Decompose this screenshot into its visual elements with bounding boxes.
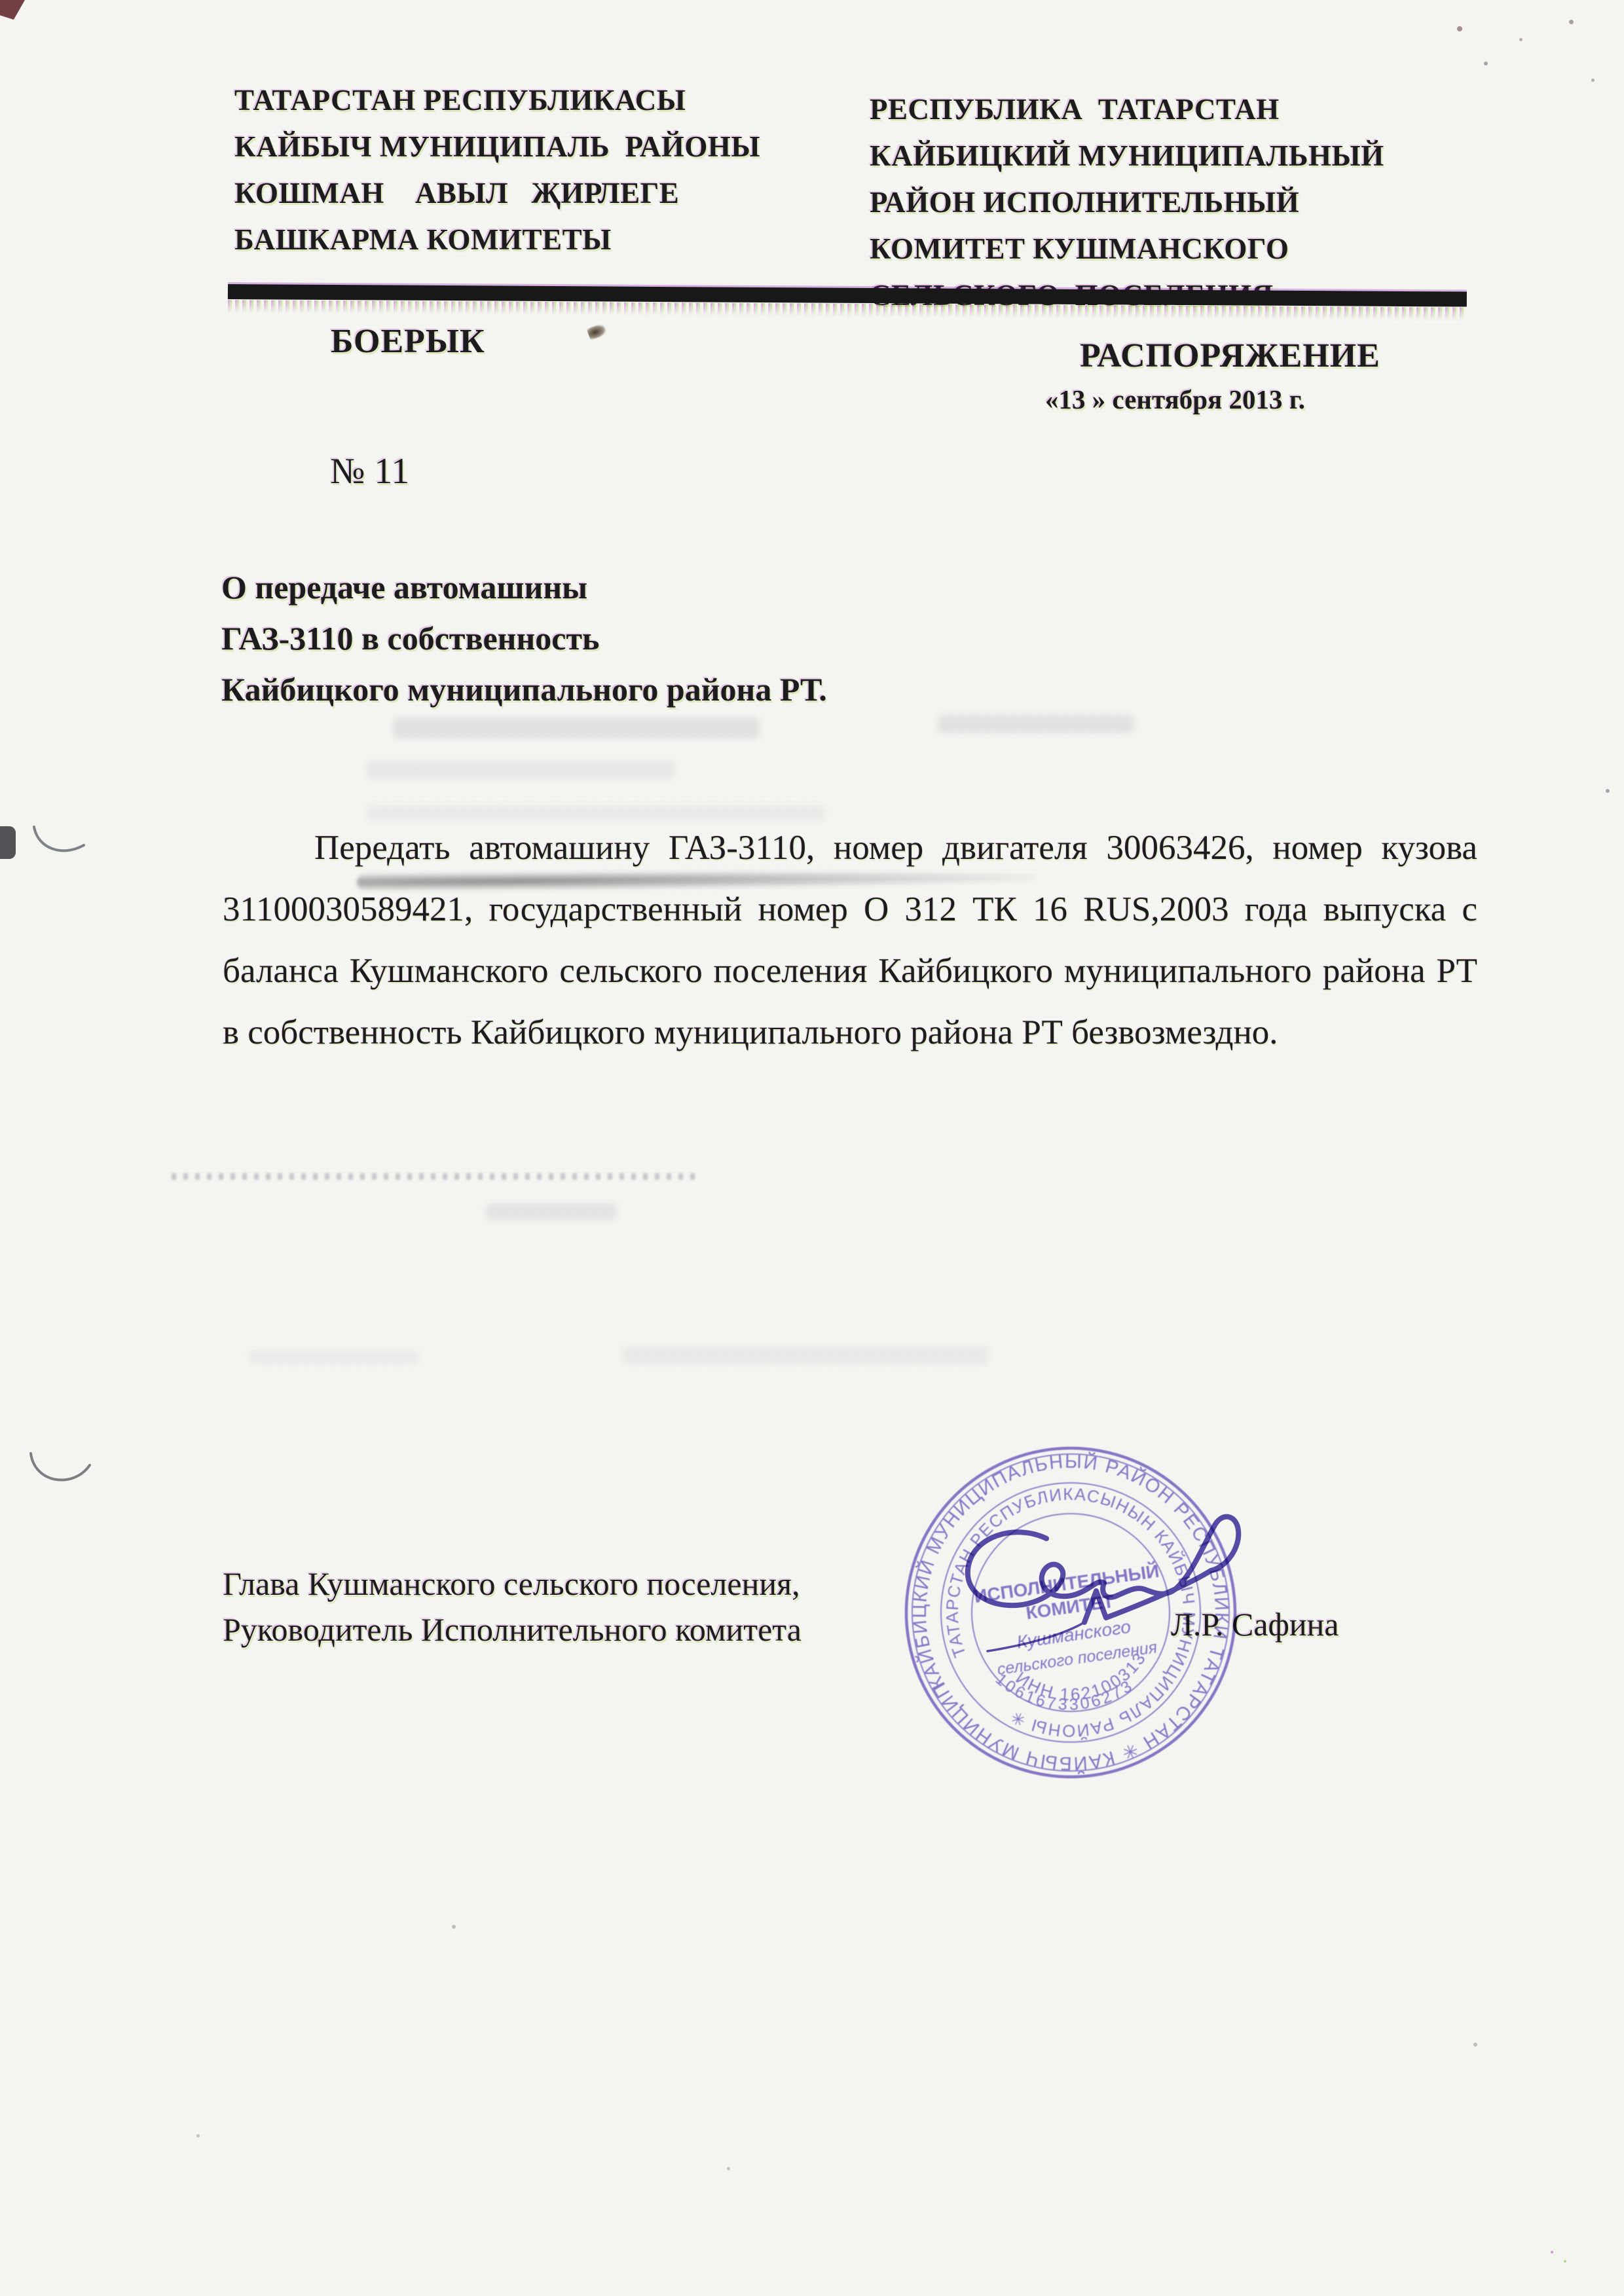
letterhead-russian: РЕСПУБЛИКА ТАТАРСТАН КАЙБИЦКИЙ МУНИЦИПАЛ… — [870, 86, 1384, 319]
scan-speck — [1591, 79, 1595, 82]
signatory-title-line2: Руководитель Исполнительного комитета — [223, 1611, 802, 1649]
signatory-title-line1: Глава Кушманского сельского поселения, — [223, 1565, 800, 1603]
letterhead-tatar-line: БАШКАРМА КОМИТЕТЫ — [234, 217, 760, 263]
scan-speck — [727, 2167, 730, 2170]
bleedthrough-mark — [249, 1350, 419, 1364]
letterhead-russian-line: КОМИТЕТ КУШМАНСКОГО — [870, 226, 1384, 272]
bleedthrough-mark — [367, 805, 825, 821]
bleedthrough-mark — [486, 1203, 617, 1220]
letterhead-tatar-line: КАЙБЫЧ МУНИЦИПАЛЬ РАЙОНЫ — [234, 124, 760, 170]
scan-speck — [1519, 38, 1522, 41]
subject-line: Кайбицкого муниципального района РТ. — [221, 664, 827, 715]
corner-dirt-mark — [0, 0, 25, 20]
letterhead-tatar: ТАТАРСТАН РЕСПУБЛИКАСЫ КАЙБЫЧ МУНИЦИПАЛЬ… — [234, 77, 760, 263]
margin-pen-arc — [28, 1446, 100, 1498]
doc-body-paragraph: Передать автомашину ГАЗ-3110, номер двиг… — [223, 817, 1477, 1063]
bleedthrough-mark — [393, 718, 760, 738]
bleedthrough-dotted-line — [172, 1173, 702, 1180]
scan-speck — [452, 1925, 456, 1929]
signature-tail-stroke — [987, 1622, 1084, 1651]
scan-speck — [1457, 26, 1462, 31]
handwritten-signature — [922, 1465, 1263, 1681]
signature-main-stroke — [968, 1517, 1238, 1622]
bleedthrough-mark — [938, 715, 1134, 733]
bleedthrough-mark — [367, 761, 674, 779]
doc-type-tatar: БОЕРЫК — [331, 322, 485, 361]
letterhead-tatar-line: ТАТАРСТАН РЕСПУБЛИКАСЫ — [234, 77, 760, 124]
scan-speck — [1606, 789, 1610, 793]
letterhead-russian-line: РАЙОН ИСПОЛНИТЕЛЬНЫЙ — [870, 179, 1384, 226]
doc-type-russian: РАСПОРЯЖЕНИЕ — [1080, 337, 1380, 375]
scan-speck — [1569, 20, 1574, 24]
subject-line: О передаче автомашины — [221, 562, 827, 613]
letterhead-tatar-line: КОШМАН АВЫЛ ҖИРЛЕГЕ — [234, 170, 760, 217]
doc-number: № 11 — [330, 450, 409, 492]
margin-pen-arc — [31, 822, 97, 867]
scan-speck — [1473, 2043, 1477, 2047]
scan-speck — [1564, 2260, 1566, 2263]
subject-line: ГАЗ-3110 в собственность — [221, 613, 827, 664]
scan-speck — [196, 2134, 200, 2138]
doc-subject: О передаче автомашины ГАЗ-3110 в собстве… — [221, 562, 827, 715]
letterhead-russian-line: РЕСПУБЛИКА ТАТАРСТАН — [870, 86, 1384, 133]
edge-dirt-mark — [0, 826, 16, 859]
ink-speck — [587, 323, 608, 340]
doc-date: «13 » сентября 2013 г. — [1045, 384, 1305, 415]
scanned-document-page: ТАТАРСТАН РЕСПУБЛИКАСЫ КАЙБЫЧ МУНИЦИПАЛЬ… — [0, 0, 1624, 2296]
bleedthrough-mark — [622, 1346, 989, 1364]
scan-speck — [1484, 62, 1488, 65]
letterhead-russian-line: КАЙБИЦКИЙ МУНИЦИПАЛЬНЫЙ — [870, 133, 1384, 179]
scan-speck — [1551, 2251, 1553, 2253]
